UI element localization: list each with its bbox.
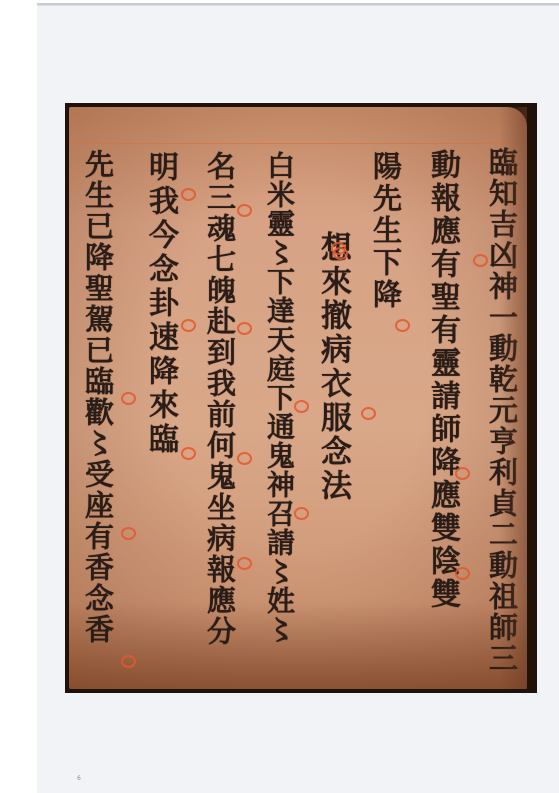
text-column-7: 明我今念卦速降來臨 [145,151,175,457]
red-circle-mark [473,254,488,267]
text-column-5: 白米靈〻下達天庭下通鬼神召請〻姓〻 [265,151,293,644]
red-circle-mark [237,557,252,570]
text-column-4: 想來撤病衣服念法 [317,231,348,503]
paper-surface: 臨知吉凶神一動乾元亨利貞二動祖師三 動報應有聖有靈請師降應雙陰雙 陽先生下降 想… [69,107,527,689]
text-column-1: 臨知吉凶神一動乾元亨利貞二動祖師三 [487,147,516,674]
manuscript-page: 臨知吉凶神一動乾元亨利貞二動祖師三 動報應有聖有靈請師降應雙陰雙 陽先生下降 想… [65,103,537,693]
red-circle-mark [395,319,410,332]
red-circle-mark [181,188,196,201]
red-circle-mark [181,447,196,460]
red-ruled-line [69,143,507,144]
text-column-3: 陽先生下降 [371,151,400,311]
red-circle-mark [181,319,196,332]
red-circle-mark [294,507,309,520]
red-circle-mark [237,204,252,217]
red-circle-mark [121,655,136,668]
text-column-2: 動報應有聖有靈請師降應雙陰雙 [427,149,457,611]
red-circle-mark [294,400,309,413]
text-column-8: 先生已降聖駕已臨歡〻受座有香念香 [83,149,112,645]
red-circle-mark [455,567,470,580]
red-circle-mark [121,392,136,405]
page-number: 6 [77,775,81,782]
red-circle-mark [331,242,346,255]
red-circle-mark [237,322,252,335]
red-circle-mark [237,452,252,465]
red-circle-mark [455,467,470,480]
red-circle-mark [121,527,136,540]
text-column-6: 名三魂七魄赴到我前何鬼坐病報應分 [205,151,234,647]
red-circle-mark [361,407,376,420]
